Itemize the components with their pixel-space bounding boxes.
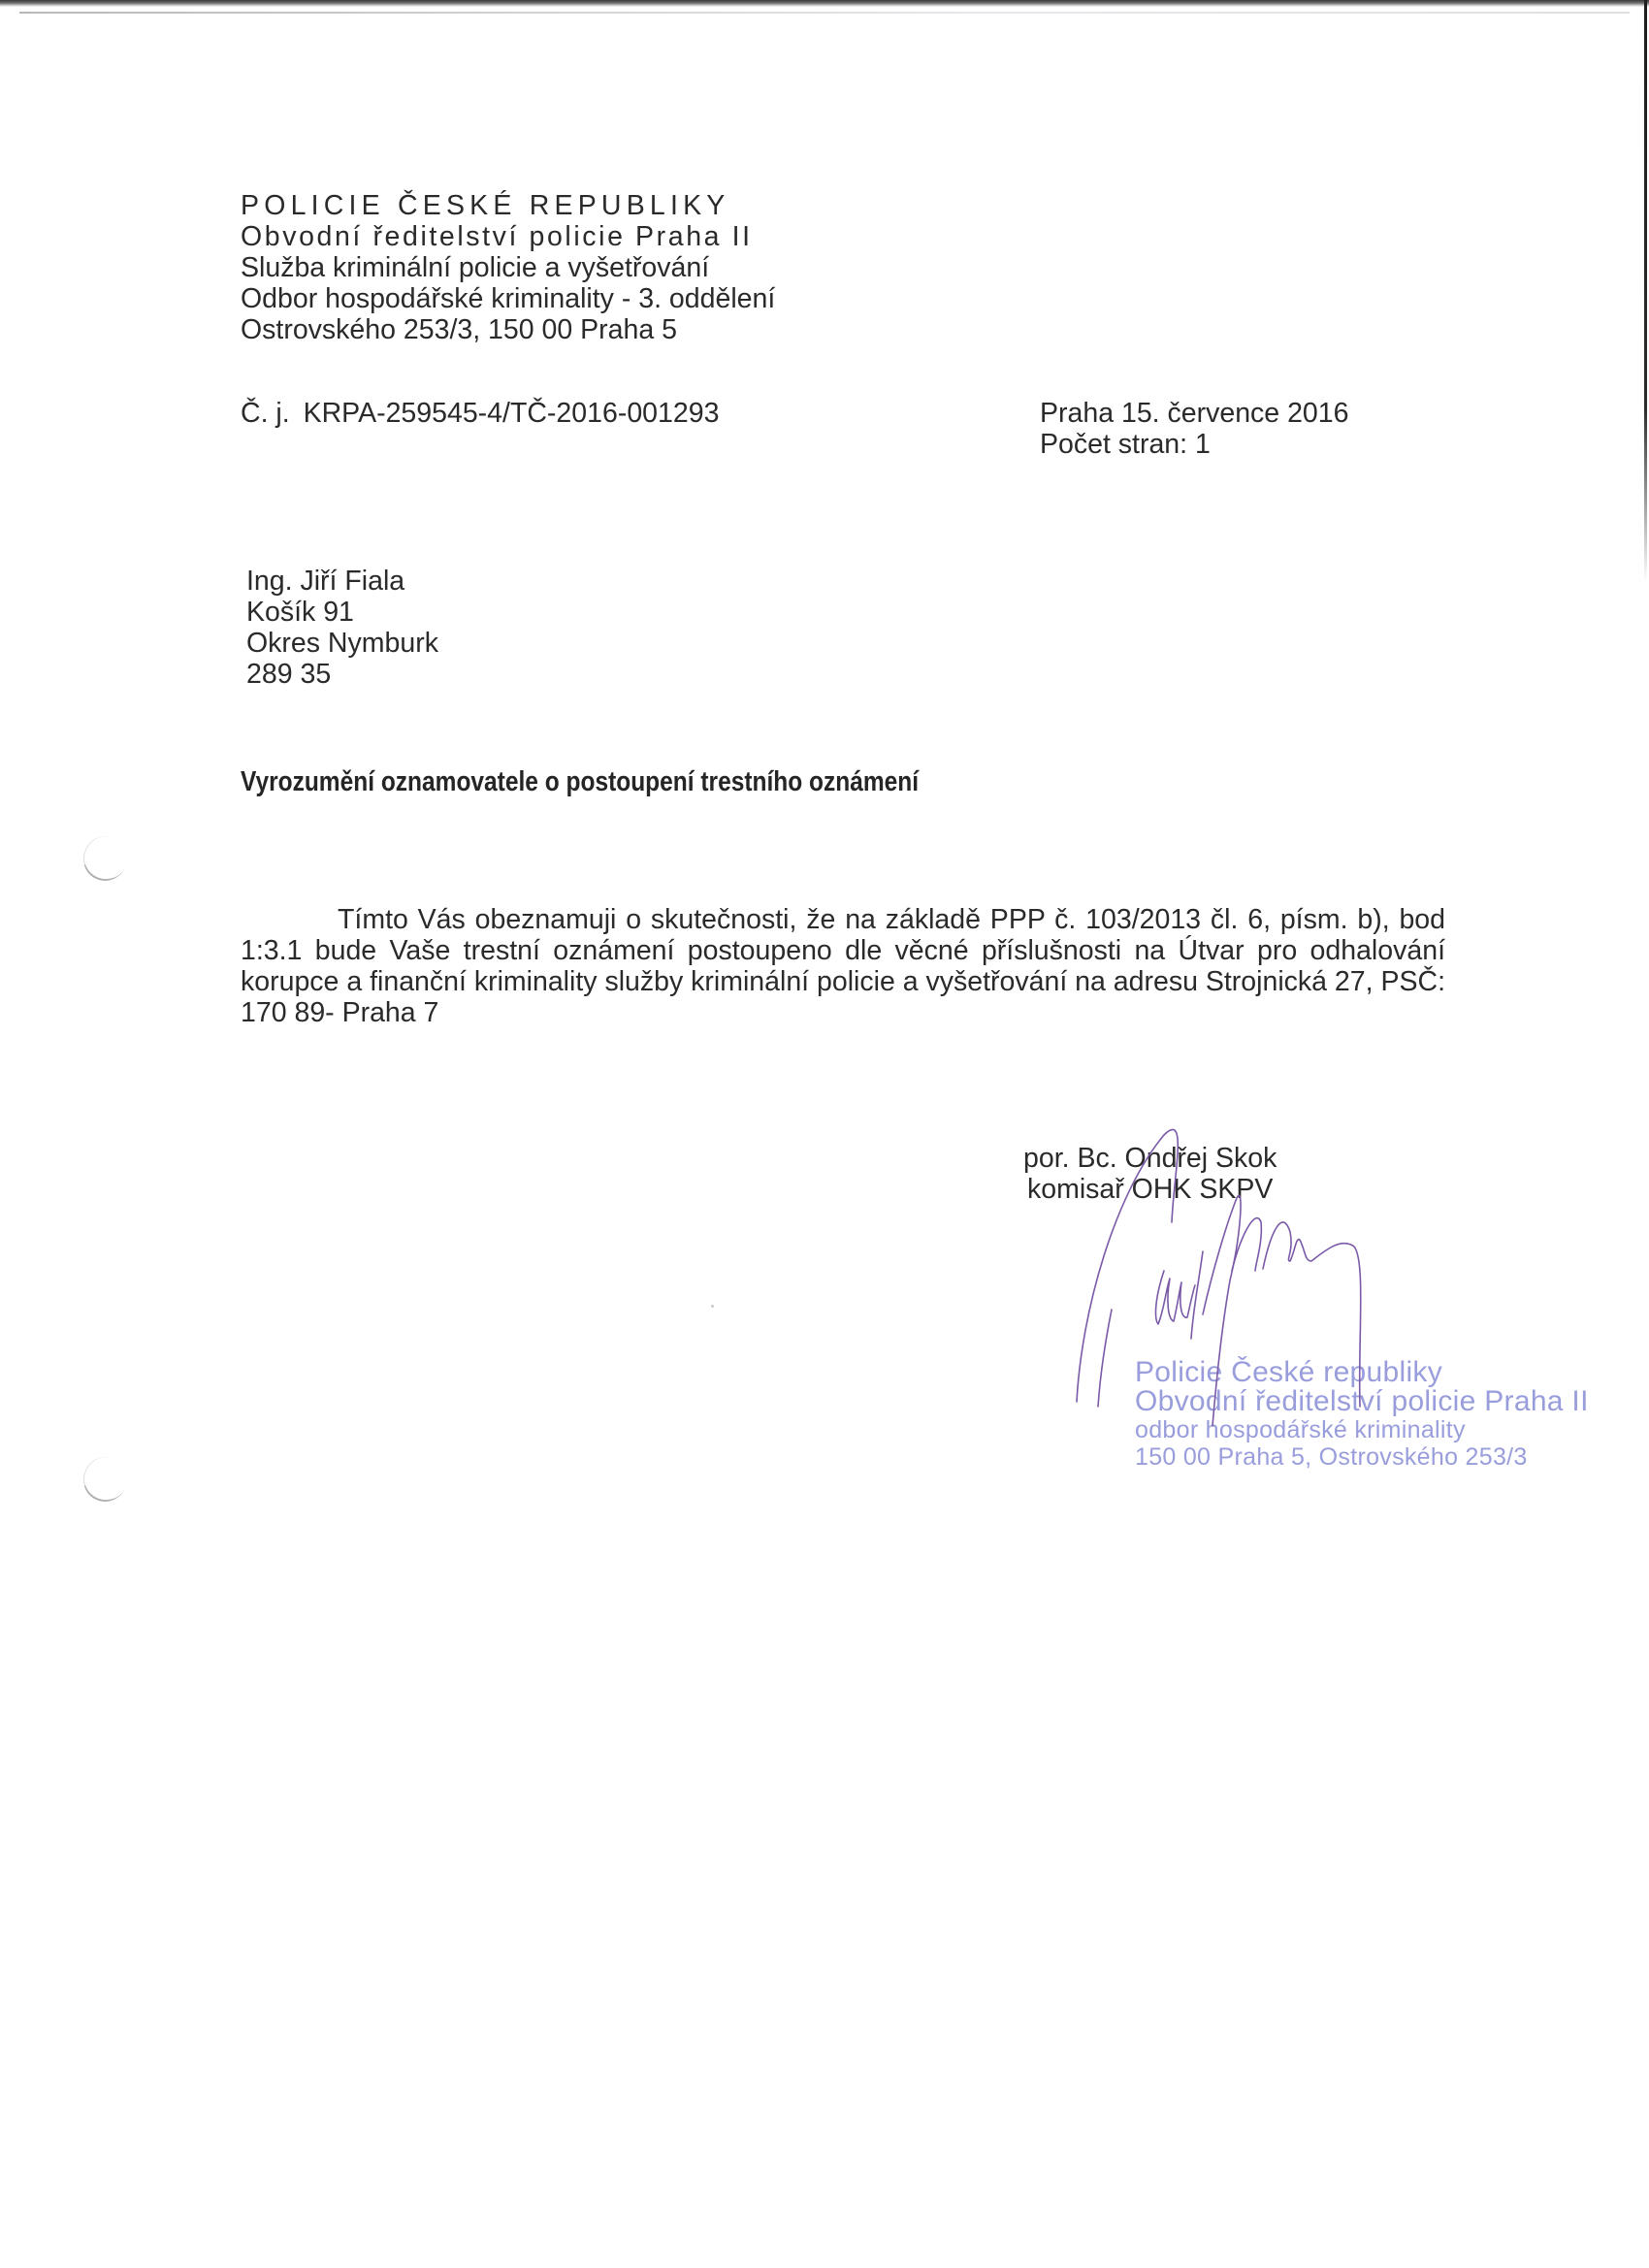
signer-name: por. Bc. Ondřej Skok [1023, 1143, 1277, 1174]
letterhead-org: POLICIE ČESKÉ REPUBLIKY [241, 190, 775, 221]
addressee-postcode: 289 35 [246, 659, 438, 690]
stamp-line-department: odbor hospodářské kriminality [1135, 1416, 1589, 1443]
stamp-line-directorate: Obvodní ředitelství policie Praha II [1135, 1387, 1589, 1416]
scan-edge-right [1644, 0, 1647, 582]
signer-title: komisař OHK SKPV [1023, 1174, 1277, 1205]
letterhead: POLICIE ČESKÉ REPUBLIKY Obvodní ředitels… [241, 190, 775, 345]
addressee-name: Ing. Jiří Fiala [246, 566, 438, 597]
scan-edge-line [19, 12, 1630, 14]
official-stamp: Policie České republiky Obvodní ředitels… [1135, 1358, 1589, 1471]
letterhead-directorate: Obvodní ředitelství policie Praha II [241, 221, 775, 252]
letter-body: Tímto Vás obeznamuji o skutečnosti, že n… [241, 904, 1445, 1028]
letterhead-department: Odbor hospodářské kriminality - 3. odděl… [241, 283, 775, 314]
letter-subject: Vyrozumění oznamovatele o postoupení tre… [241, 766, 919, 798]
scan-speck [711, 1305, 714, 1308]
date-block: Praha 15. července 2016 Počet stran: 1 [1040, 398, 1348, 460]
signer-block: por. Bc. Ondřej Skok komisař OHK SKPV [1023, 1143, 1277, 1205]
punch-hole-mark [77, 830, 133, 888]
addressee-street: Košík 91 [246, 597, 438, 628]
punch-hole-mark [77, 1451, 133, 1508]
page-count: Počet stran: 1 [1040, 429, 1348, 460]
stamp-line-org: Policie České republiky [1135, 1358, 1589, 1387]
addressee-district: Okres Nymburk [246, 628, 438, 659]
addressee: Ing. Jiří Fiala Košík 91 Okres Nymburk 2… [246, 566, 438, 690]
reference-number: Č. j. KRPA-259545-4/TČ-2016-001293 [241, 398, 719, 429]
place-date: Praha 15. července 2016 [1040, 398, 1348, 429]
letterhead-address: Ostrovského 253/3, 150 00 Praha 5 [241, 314, 775, 345]
stamp-line-address: 150 00 Praha 5, Ostrovského 253/3 [1135, 1443, 1589, 1471]
letter-body-text: Tímto Vás obeznamuji o skutečnosti, že n… [241, 904, 1445, 1028]
reference-value: KRPA-259545-4/TČ-2016-001293 [304, 398, 720, 429]
letterhead-service: Služba kriminální policie a vyšetřování [241, 252, 775, 283]
scan-edge-top [0, 0, 1649, 7]
reference-label: Č. j. [241, 398, 290, 429]
